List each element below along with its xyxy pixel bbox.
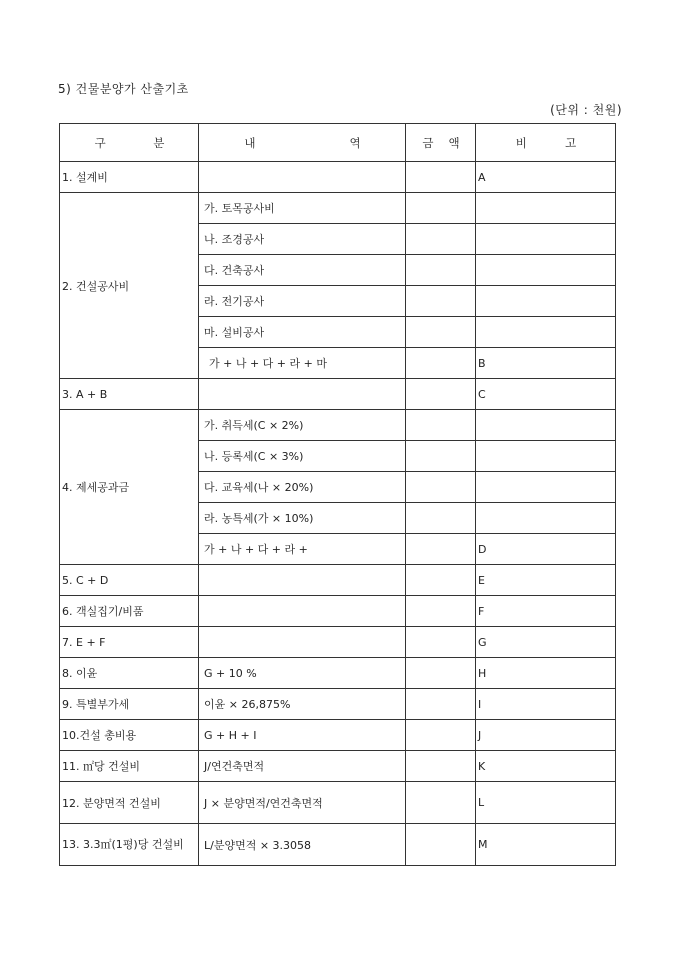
category-cell: 3. A + B: [60, 379, 199, 410]
remarks-cell: [476, 503, 616, 534]
details-cell: [199, 627, 406, 658]
remarks-cell: F: [476, 596, 616, 627]
amount-cell[interactable]: [406, 193, 476, 224]
amount-cell[interactable]: [406, 782, 476, 824]
remarks-cell: G: [476, 627, 616, 658]
category-cell: 8. 이윤: [60, 658, 199, 689]
amount-cell[interactable]: [406, 751, 476, 782]
amount-cell[interactable]: [406, 472, 476, 503]
details-cell: 가. 토목공사비: [199, 193, 406, 224]
category-cell: 10.건설 총비용: [60, 720, 199, 751]
category-cell: 7. E + F: [60, 627, 199, 658]
amount-cell[interactable]: [406, 627, 476, 658]
amount-cell[interactable]: [406, 255, 476, 286]
header-details: 내 역: [199, 124, 406, 162]
table-row: 3. A + B C: [60, 379, 616, 410]
amount-cell[interactable]: [406, 534, 476, 565]
table-row: 7. E + F G: [60, 627, 616, 658]
amount-cell[interactable]: [406, 410, 476, 441]
table-row: 1. 설계비 A: [60, 162, 616, 193]
remarks-cell: [476, 286, 616, 317]
details-cell: G + H + I: [199, 720, 406, 751]
remarks-cell: M: [476, 824, 616, 866]
details-cell: 나. 조경공사: [199, 224, 406, 255]
table-row: 6. 객실집기/비품 F: [60, 596, 616, 627]
table-row: 5. C + D E: [60, 565, 616, 596]
remarks-cell: C: [476, 379, 616, 410]
category-cell: 4. 제세공과금: [60, 410, 199, 565]
table-row: 13. 3.3㎡(1평)당 건설비 L/분양면적 × 3.3058 M: [60, 824, 616, 866]
remarks-cell: H: [476, 658, 616, 689]
remarks-cell: A: [476, 162, 616, 193]
table-row: 8. 이윤 G + 10 % H: [60, 658, 616, 689]
table-row: 2. 건설공사비 가. 토목공사비: [60, 193, 616, 224]
details-cell: 나. 등록세(C × 3%): [199, 441, 406, 472]
category-cell: 2. 건설공사비: [60, 193, 199, 379]
section-title: 5) 건물분양가 산출기초: [58, 80, 189, 97]
remarks-cell: [476, 193, 616, 224]
remarks-cell: B: [476, 348, 616, 379]
amount-cell[interactable]: [406, 824, 476, 866]
category-cell: 12. 분양면적 건설비: [60, 782, 199, 824]
category-cell: 1. 설계비: [60, 162, 199, 193]
remarks-cell: J: [476, 720, 616, 751]
amount-cell[interactable]: [406, 689, 476, 720]
table-row: 4. 제세공과금 가. 취득세(C × 2%): [60, 410, 616, 441]
amount-cell[interactable]: [406, 286, 476, 317]
details-cell: 라. 전기공사: [199, 286, 406, 317]
category-cell: 11. ㎡당 건설비: [60, 751, 199, 782]
header-row: 구 분 내 역 금 액 비 고: [60, 124, 616, 162]
amount-cell[interactable]: [406, 379, 476, 410]
remarks-cell: E: [476, 565, 616, 596]
amount-cell[interactable]: [406, 348, 476, 379]
details-cell: J/연건축면적: [199, 751, 406, 782]
category-cell: 6. 객실집기/비품: [60, 596, 199, 627]
remarks-cell: L: [476, 782, 616, 824]
header-category: 구 분: [60, 124, 199, 162]
remarks-cell: [476, 410, 616, 441]
remarks-cell: [476, 255, 616, 286]
table-row: 12. 분양면적 건설비 J × 분양면적/연건축면적 L: [60, 782, 616, 824]
remarks-cell: I: [476, 689, 616, 720]
remarks-cell: [476, 317, 616, 348]
remarks-cell: [476, 224, 616, 255]
remarks-cell: [476, 441, 616, 472]
amount-cell[interactable]: [406, 596, 476, 627]
amount-cell[interactable]: [406, 317, 476, 348]
amount-cell[interactable]: [406, 503, 476, 534]
details-cell: L/분양면적 × 3.3058: [199, 824, 406, 866]
cost-basis-table: 구 분 내 역 금 액 비 고 1. 설계비 A 2. 건설공사비 가. 토목공…: [59, 123, 616, 866]
details-cell: 다. 건축공사: [199, 255, 406, 286]
amount-cell[interactable]: [406, 441, 476, 472]
details-cell: 가 + 나 + 다 + 라 +: [199, 534, 406, 565]
category-cell: 13. 3.3㎡(1평)당 건설비: [60, 824, 199, 866]
remarks-cell: [476, 472, 616, 503]
header-amount: 금 액: [406, 124, 476, 162]
category-cell: 9. 특별부가세: [60, 689, 199, 720]
remarks-cell: D: [476, 534, 616, 565]
details-cell: [199, 379, 406, 410]
amount-cell[interactable]: [406, 565, 476, 596]
remarks-cell: K: [476, 751, 616, 782]
details-cell: [199, 565, 406, 596]
details-cell: [199, 596, 406, 627]
details-cell: G + 10 %: [199, 658, 406, 689]
amount-cell[interactable]: [406, 162, 476, 193]
details-cell: [199, 162, 406, 193]
table-row: 10.건설 총비용 G + H + I J: [60, 720, 616, 751]
amount-cell[interactable]: [406, 224, 476, 255]
amount-cell[interactable]: [406, 720, 476, 751]
details-cell: J × 분양면적/연건축면적: [199, 782, 406, 824]
unit-label: (단위 : 천원): [550, 101, 622, 118]
amount-cell[interactable]: [406, 658, 476, 689]
details-cell: 라. 농특세(가 × 10%): [199, 503, 406, 534]
table-row: 11. ㎡당 건설비 J/연건축면적 K: [60, 751, 616, 782]
details-cell: 이윤 × 26,875%: [199, 689, 406, 720]
category-cell: 5. C + D: [60, 565, 199, 596]
table-row: 9. 특별부가세 이윤 × 26,875% I: [60, 689, 616, 720]
details-cell: 다. 교육세(나 × 20%): [199, 472, 406, 503]
details-cell: 마. 설비공사: [199, 317, 406, 348]
details-cell: 가. 취득세(C × 2%): [199, 410, 406, 441]
details-cell: 가 + 나 + 다 + 라 + 마: [199, 348, 406, 379]
header-remarks: 비 고: [476, 124, 616, 162]
